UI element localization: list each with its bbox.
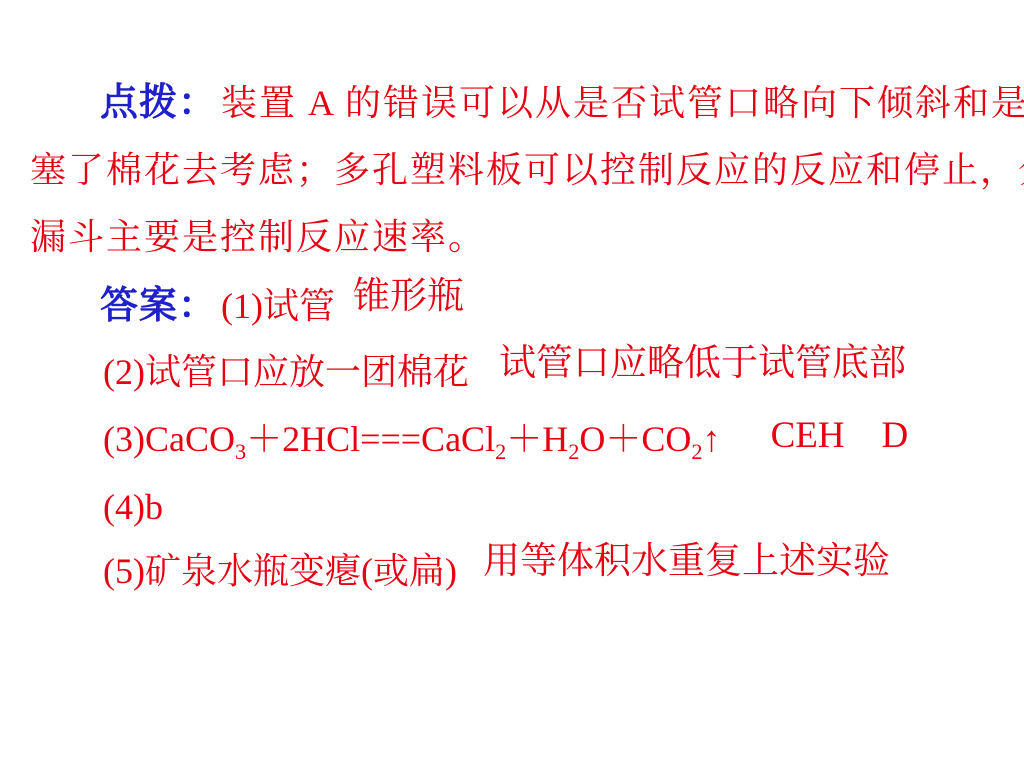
answer-item-1-text: (1)试管 xyxy=(221,286,335,326)
answer-label: 答案： xyxy=(100,285,217,327)
pointer-label: 点拨： xyxy=(100,82,217,124)
answer-item-2-supplement: 试管口应略低于试管底部 xyxy=(499,343,906,384)
pointer-paragraph-line-3: 漏斗主要是控制反应速率。 xyxy=(30,217,486,258)
pointer-text-line-2: 塞了棉花去考虑；多孔塑料板可以控制反应的反应和停止，分液 xyxy=(30,150,1024,190)
answer-line-5: (5)矿泉水瓶变瘪(或扁)用等体积水重复上述实验 xyxy=(103,551,890,594)
answer-item-5-supplement: 用等体积水重复上述实验 xyxy=(483,541,890,582)
chemical-equation: (3)CaCO3＋2HCl===CaCl2＋H2O＋CO2↑ xyxy=(103,419,721,459)
slide: 点拨：装置 A 的错误可以从是否试管口略向下倾斜和是否 塞了棉花去考虑；多孔塑料… xyxy=(0,0,1024,778)
answer-line-3: (3)CaCO3＋2HCl===CaCl2＋H2O＋CO2↑CEH D xyxy=(103,419,908,462)
answer-item-1-supplement: 锥形瓶 xyxy=(353,276,464,317)
answer-line-2: (2)试管口应放一团棉花试管口应略低于试管底部 xyxy=(103,352,906,395)
answer-item-5-text: (5)矿泉水瓶变瘪(或扁) xyxy=(103,551,457,591)
answer-item-3-supplement: CEH D xyxy=(771,415,909,456)
pointer-text-line-1: 装置 A 的错误可以从是否试管口略向下倾斜和是否 xyxy=(221,83,1024,123)
answer-item-2-text: (2)试管口应放一团棉花 xyxy=(103,352,469,392)
answer-line-1: 答案：(1)试管锥形瓶 xyxy=(100,285,464,329)
pointer-text-line-3: 漏斗主要是控制反应速率。 xyxy=(30,217,486,257)
pointer-paragraph-line-1: 点拨：装置 A 的错误可以从是否试管口略向下倾斜和是否 xyxy=(100,82,1024,126)
pointer-paragraph-line-2: 塞了棉花去考虑；多孔塑料板可以控制反应的反应和停止，分液 xyxy=(30,150,1024,191)
answer-item-4-text: (4)b xyxy=(103,487,163,527)
answer-line-4: (4)b xyxy=(103,487,163,528)
